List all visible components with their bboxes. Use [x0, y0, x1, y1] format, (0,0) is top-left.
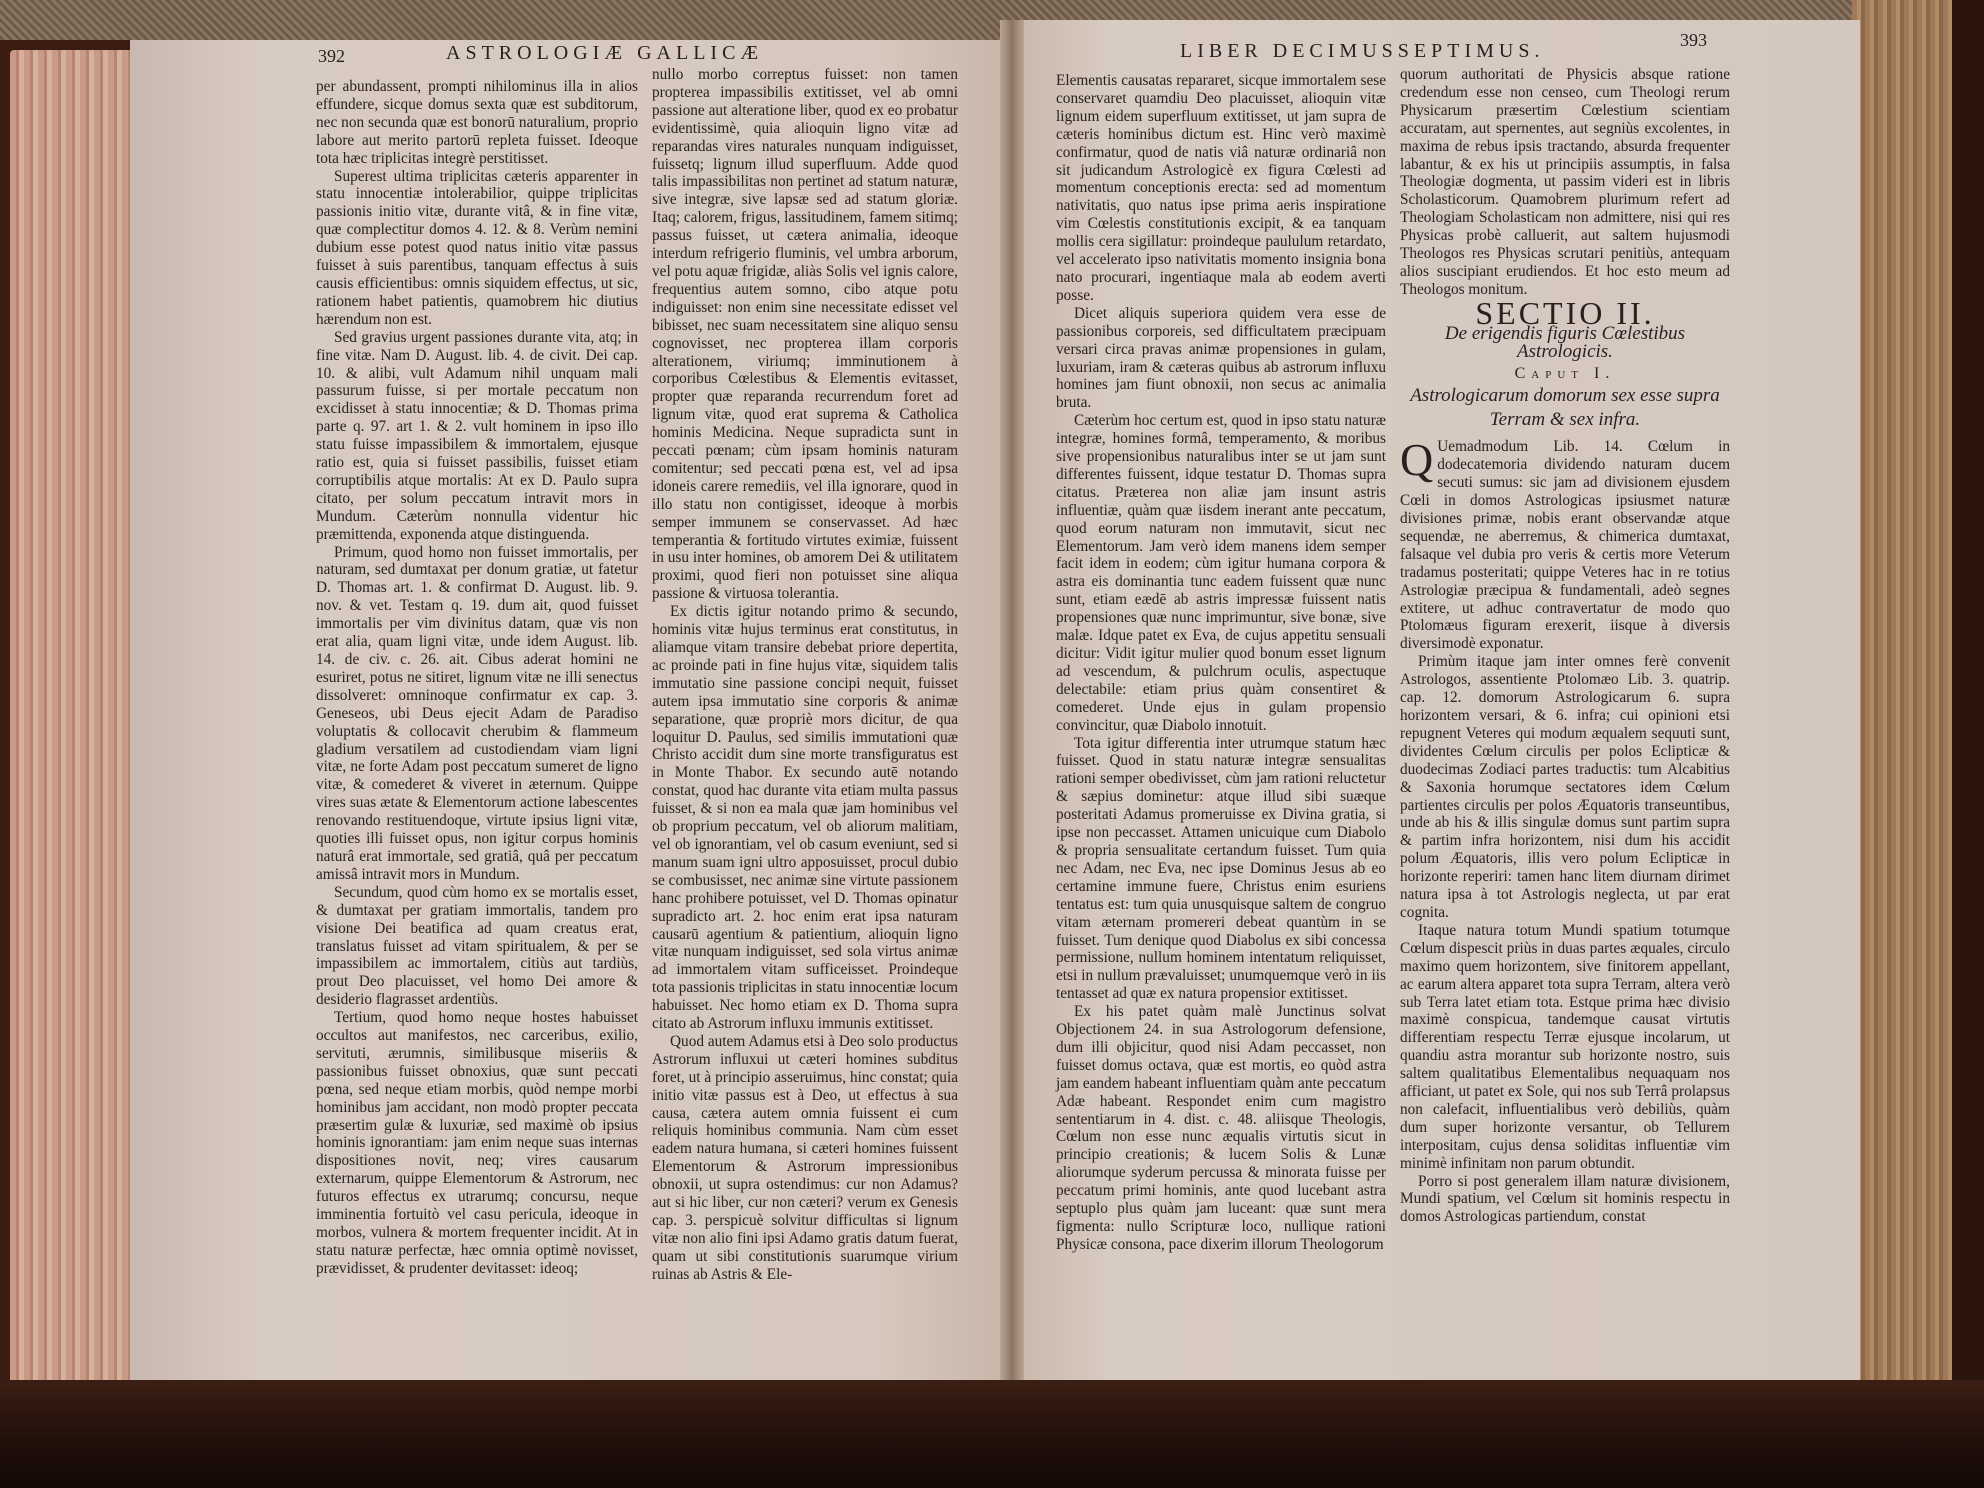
paragraph: Tertium, quod homo neque hostes habuisse…	[316, 1009, 638, 1278]
chapter-label: Caput I.	[1400, 365, 1730, 383]
right-page-column-2: quorum authoritati de Physicis absque ra…	[1400, 66, 1730, 1226]
paragraph: Quod autem Adamus etsi à Deo solo produc…	[652, 1033, 958, 1284]
paragraph: Porro si post generalem illam naturæ div…	[1400, 1173, 1730, 1227]
paragraph: Itaque natura totum Mundi spatium totumq…	[1400, 922, 1730, 1173]
left-page-column-2: nullo morbo correptus fuisset: non tamen…	[652, 66, 958, 1284]
paragraph-text: Uemadmodum Lib. 14. Cœlum in dodecatemor…	[1400, 438, 1730, 652]
paragraph: Sed gravius urgent passiones durante vit…	[316, 329, 638, 544]
paragraph: Ex his patet quàm malè Junctinus solvat …	[1056, 1003, 1386, 1254]
paragraph: Secundum, quod cùm homo ex se mortalis e…	[316, 884, 638, 1009]
paragraph: Primum, quod homo non fuisset immortalis…	[316, 544, 638, 884]
paragraph: Dicet aliquis superiora quidem vera esse…	[1056, 305, 1386, 412]
page-edges-right	[1852, 0, 1952, 1410]
paragraph: quorum authoritati de Physicis absque ra…	[1400, 66, 1730, 299]
paragraph: Ex dictis igitur notando primo & secundo…	[652, 603, 958, 1033]
paragraph: Elementis causatas repararet, sicque imm…	[1056, 72, 1386, 305]
paragraph: Primùm itaque jam inter omnes ferè conve…	[1400, 653, 1730, 922]
folio-right: 393	[1680, 30, 1707, 51]
running-head-right: LIBER DECIMUSSEPTIMUS.	[1180, 40, 1544, 63]
left-page-column-1: per abundassent, prompti nihilominus ill…	[316, 78, 638, 1278]
paragraph: Superest ultima triplicitas cæteris appa…	[316, 168, 638, 329]
right-page-column-1: Elementis causatas repararet, sicque imm…	[1056, 72, 1386, 1254]
wooden-table	[0, 1380, 1984, 1488]
folio-left: 392	[318, 46, 345, 67]
chapter-title: Astrologicarum domorum sex esse supra Te…	[1400, 384, 1730, 432]
book-gutter	[1000, 20, 1024, 1410]
section-title: SECTIO II.	[1400, 305, 1730, 323]
running-head-left: ASTROLOGIÆ GALLICÆ	[446, 42, 763, 65]
paragraph-with-dropcap: QUemadmodum Lib. 14. Cœlum in dodecatemo…	[1400, 438, 1730, 653]
section-subtitle: De erigendis figuris Cœlestibus Astrolog…	[1400, 325, 1730, 361]
paragraph: Cæterùm hoc certum est, quod in ipso sta…	[1056, 412, 1386, 734]
paragraph: per abundassent, prompti nihilominus ill…	[316, 78, 638, 168]
paragraph: nullo morbo correptus fuisset: non tamen…	[652, 66, 958, 603]
drop-cap-q: Q	[1400, 440, 1433, 480]
paragraph: Tota igitur differentia inter utrumque s…	[1056, 735, 1386, 1004]
